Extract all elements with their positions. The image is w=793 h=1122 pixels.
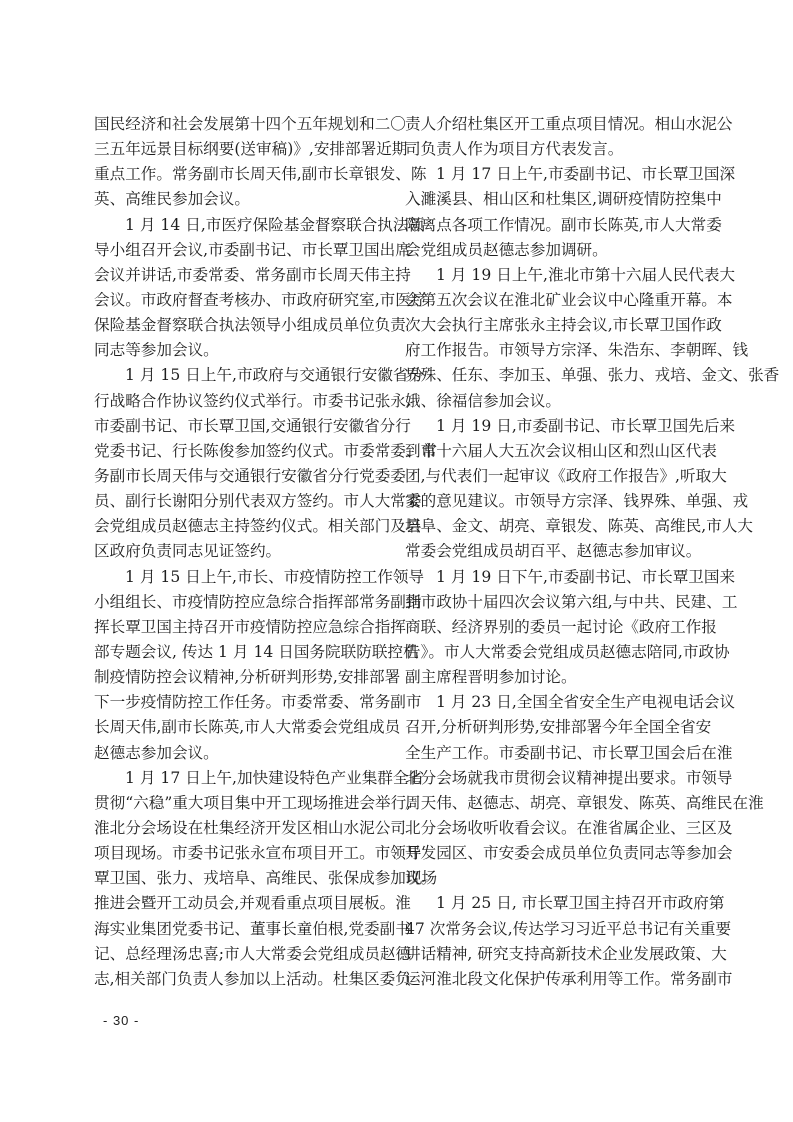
text-line: 海实业集团党委书记、董事长童伯根,党委副书 (94, 917, 396, 942)
text-column-left: 国民经济和社会发展第十四个五年规划和二〇三五年远景目标纲要(送审稿)》,安排部署… (94, 112, 396, 992)
text-line: 周天伟、赵德志、胡亮、章银发、陈英、高维民在淮 (405, 791, 707, 816)
text-line: 府工作报告。市领导方宗泽、朱浩东、李朝晖、钱 (405, 338, 707, 363)
text-line: 培阜、金文、胡亮、章银发、陈英、高维民,市人大 (405, 514, 707, 539)
text-line: 行战略合作协议签约仪式举行。市委书记张永, (94, 389, 396, 414)
text-line: 开发园区、市安委会成员单位负责同志等参加会 (405, 841, 707, 866)
text-line: 国民经济和社会发展第十四个五年规划和二〇 (94, 112, 396, 137)
text-line: 志,相关部门负责人参加以上活动。杜集区委负 (94, 967, 396, 992)
text-line: 责人介绍杜集区开工重点项目情况。相山水泥公 (405, 112, 707, 137)
text-line: 市委副书记、市长覃卫国,交通银行安徽省分行 (94, 414, 396, 439)
text-line: 覃卫国、张力、戎培阜、高维民、张保成参加现场 (94, 866, 396, 891)
text-line: 会党组成员赵德志主持签约仪式。相关部门及县 (94, 514, 396, 539)
text-line: 党委书记、行长陈俊参加签约仪式。市委常委、常 (94, 439, 396, 464)
text-line: 挥长覃卫国主持召开市疫情防控应急综合指挥 (94, 615, 396, 640)
text-line: 长周天伟,副市长陈英,市人大常委会党组成员 (94, 715, 396, 740)
text-line: 入濉溪县、相山区和杜集区,调研疫情防控集中 (405, 187, 707, 212)
text-line: 下一步疫情防控工作任务。市委常委、常务副市 (94, 690, 396, 715)
text-line: 制疫情防控会议精神,分析研判形势,安排部署 (94, 665, 396, 690)
text-line: 会第五次会议在淮北矿业会议中心隆重开幕。本 (405, 288, 707, 313)
paragraph-first-line: 1 月 23 日,全国全省安全生产电视电话会议 (405, 690, 707, 715)
paragraph-first-line: 1 月 14 日,市医疗保险基金督察联合执法领 (94, 213, 396, 238)
paragraph-first-line: 1 月 19 日,市委副书记、市长覃卫国先后来 (405, 414, 707, 439)
text-line: 商联、经济界别的委员一起讨论《政府工作报 (405, 615, 707, 640)
text-line: 员、副行长谢阳分别代表双方签约。市人大常委 (94, 489, 396, 514)
paragraph-first-line: 1 月 17 日上午,市委副书记、市长覃卫国深 (405, 162, 707, 187)
text-line: 赵德志参加会议。 (94, 741, 396, 766)
text-line: 47 次常务会议,传达学习习近平总书记有关重要 (405, 917, 707, 942)
text-line: 议。 (405, 866, 707, 891)
text-line: 司负责人作为项目方代表发言。 (405, 137, 707, 162)
text-line: 副主席程晋明参加讨论。 (405, 665, 707, 690)
text-column-right: 责人介绍杜集区开工重点项目情况。相山水泥公司负责人作为项目方代表发言。1 月 1… (405, 112, 707, 992)
document-page: 国民经济和社会发展第十四个五年规划和二〇三五年远景目标纲要(送审稿)》,安排部署… (0, 0, 793, 1122)
text-line: 会党组成员赵德志参加调研。 (405, 238, 707, 263)
text-line: 部专题会议, 传达 1 月 14 日国务院联防联控机 (94, 640, 396, 665)
text-line: 界殊、任东、李加玉、单强、张力、戎培、金文、张香 (405, 363, 707, 388)
text-line: 北分会场收听收看会议。在淮省属企业、三区及 (405, 816, 707, 841)
text-line: 同志等参加会议。 (94, 338, 396, 363)
paragraph-first-line: 1 月 19 日下午,市委副书记、市长覃卫国来 (405, 565, 707, 590)
text-line: 告》。市人大常委会党组成员赵德志陪同,市政协 (405, 640, 707, 665)
text-line: 淮北分会场设在杜集经济开发区相山水泥公司 (94, 816, 396, 841)
paragraph-first-line: 1 月 25 日, 市长覃卫国主持召开市政府第 (405, 891, 707, 916)
text-line: 全生产工作。市委副书记、市长覃卫国会后在淮 (405, 741, 707, 766)
text-line: 到市十六届人大五次会议相山区和烈山区代表 (405, 439, 707, 464)
page-number: - 30 - (103, 1013, 139, 1028)
text-line: 会议并讲话,市委常委、常务副市长周天伟主持 (94, 263, 396, 288)
text-line: 团,与代表们一起审议《政府工作报告》,听取大 (405, 464, 707, 489)
text-line: 会议。市政府督查考核办、市政府研究室,市医疗 (94, 288, 396, 313)
text-line: 推进会暨开工动员会,并观看重点项目展板。淮 (94, 891, 396, 916)
text-line: 区政府负责同志见证签约。 (94, 539, 396, 564)
text-line: 贯彻“六稳”重大项目集中开工现场推进会举行, (94, 791, 396, 816)
text-line: 项目现场。市委书记张永宣布项目开工。市领导 (94, 841, 396, 866)
text-line: 隔离点各项工作情况。副市长陈英,市人大常委 (405, 213, 707, 238)
text-line: 英、高维民参加会议。 (94, 187, 396, 212)
text-line: 导小组召开会议,市委副书记、市长覃卫国出席 (94, 238, 396, 263)
text-line: 记、总经理汤忠喜;市人大常委会党组成员赵德 (94, 942, 396, 967)
text-line: 保险基金督察联合执法领导小组成员单位负责 (94, 313, 396, 338)
text-line: 三五年远景目标纲要(送审稿)》,安排部署近期 (94, 137, 396, 162)
paragraph-first-line: 1 月 17 日上午,加快建设特色产业集群全省 (94, 766, 396, 791)
text-line: 运河淮北段文化保护传承利用等工作。常务副市 (405, 967, 707, 992)
paragraph-first-line: 1 月 15 日上午,市长、市疫情防控工作领导 (94, 565, 396, 590)
paragraph-first-line: 1 月 15 日上午,市政府与交通银行安徽省分 (94, 363, 396, 388)
text-line: 到市政协十届四次会议第六组,与中共、民建、工 (405, 590, 707, 615)
text-line: 召开,分析研判形势,安排部署今年全国全省安 (405, 715, 707, 740)
text-line: 讲话精神, 研究支持高新技术企业发展政策、大 (405, 942, 707, 967)
text-line: 重点工作。常务副市长周天伟,副市长章银发、陈 (94, 162, 396, 187)
paragraph-first-line: 1 月 19 日上午,淮北市第十六届人民代表大 (405, 263, 707, 288)
text-line: 务副市长周天伟与交通银行安徽省分行党委委 (94, 464, 396, 489)
text-line: 常委会党组成员胡百平、赵德志参加审议。 (405, 539, 707, 564)
text-line: 次大会执行主席张永主持会议,市长覃卫国作政 (405, 313, 707, 338)
text-line: 北分会场就我市贯彻会议精神提出要求。市领导 (405, 766, 707, 791)
text-line: 娥、徐福信参加会议。 (405, 389, 707, 414)
text-line: 家的意见建议。市领导方宗泽、钱界殊、单强、戎 (405, 489, 707, 514)
text-line: 小组组长、市疫情防控应急综合指挥部常务副指 (94, 590, 396, 615)
